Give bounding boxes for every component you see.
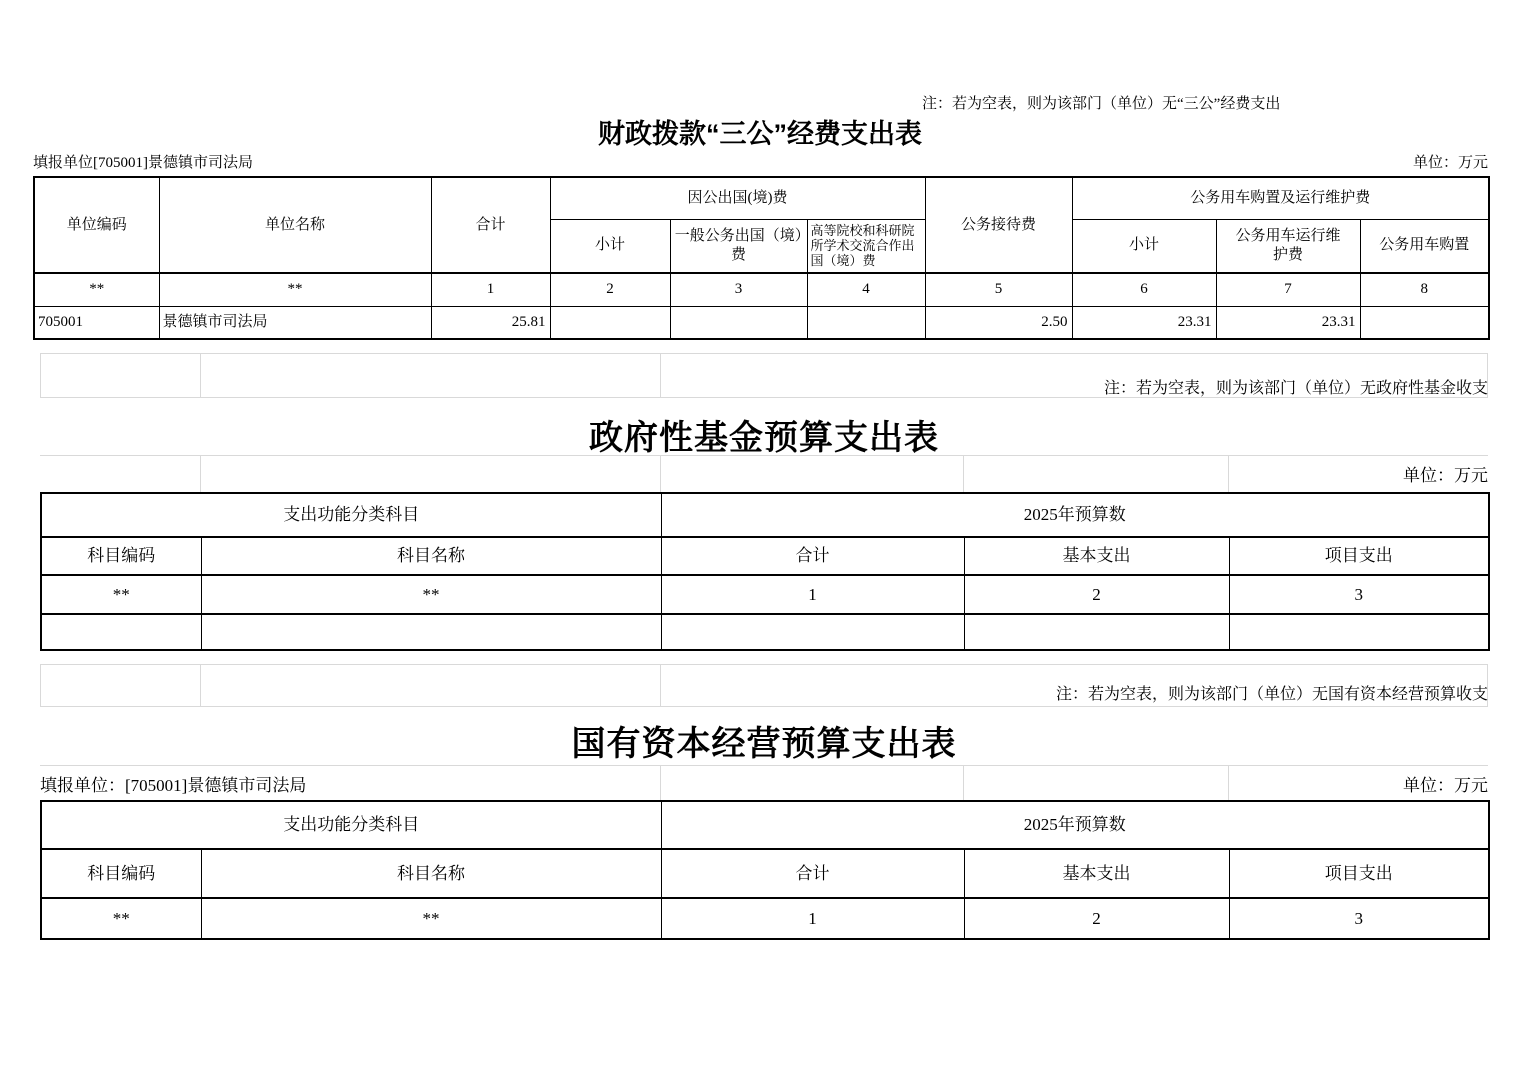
code-cell: 2 [964,898,1229,939]
cell-total: 25.81 [431,306,550,339]
header-unit-name: 单位名称 [159,177,431,273]
header-basic: 基本支出 [964,537,1229,575]
grid-line [660,353,661,398]
header-abroad-academic: 高等院校和科研院所学术交流合作出国（境）费 [807,219,925,273]
header-project: 项目支出 [1229,537,1489,575]
gov-fund-note: 注：若为空表，则为该部门（单位）无政府性基金收支 [1104,375,1488,398]
code-cell: ** [41,898,201,939]
grid-line [660,664,661,706]
state-capital-unit-label: 单位：万元 [1403,771,1488,796]
header-abroad-subtotal: 小计 [550,219,670,273]
gov-fund-unit-label: 单位：万元 [1403,461,1488,486]
header-total: 合计 [431,177,550,273]
header-reception: 公务接待费 [925,177,1072,273]
gov-fund-table: 支出功能分类科目 2025年预算数 科目编码 科目名称 合计 基本支出 项目支出… [40,492,1490,651]
code-cell: 2 [964,575,1229,614]
grid-line [963,765,964,800]
header-vehicle-maintenance: 公务用车运行维护费 [1216,219,1360,273]
code-cell: ** [41,575,201,614]
grid-line [1228,765,1229,800]
header-total: 合计 [661,849,964,898]
cell-vehicle-purchase [1360,306,1489,339]
code-cell: ** [159,273,431,306]
group-header-budget: 2025年预算数 [661,801,1489,849]
state-capital-note: 注：若为空表，则为该部门（单位）无国有资本经营预算收支 [1056,681,1488,704]
grid-line [963,455,964,492]
empty-cell [1229,614,1489,650]
header-abroad-general: 一般公务出国（境）费 [670,219,807,273]
header-project: 项目支出 [1229,849,1489,898]
group-header-function: 支出功能分类科目 [41,493,661,537]
code-cell: 1 [661,898,964,939]
empty-cell [661,614,964,650]
three-public-table: 单位编码 单位名称 合计 因公出国(境)费 公务接待费 公务用车购置及运行维护费… [33,176,1490,340]
code-cell: 8 [1360,273,1489,306]
cell-abroad-academic [807,306,925,339]
code-row: ** ** 1 2 3 4 5 6 7 8 [34,273,1489,306]
header-basic: 基本支出 [964,849,1229,898]
header-subject-code: 科目编码 [41,537,201,575]
grid-line [200,353,201,398]
cell-reception: 2.50 [925,306,1072,339]
code-cell: 1 [661,575,964,614]
three-public-unit-label: 单位：万元 [1413,151,1488,172]
three-public-filler-unit: 填报单位[705001]景德镇市司法局 [33,151,253,172]
code-cell: ** [34,273,159,306]
header-vehicle-group: 公务用车购置及运行维护费 [1072,177,1489,219]
header-vehicle-purchase: 公务用车购置 [1360,219,1489,273]
header-abroad-group: 因公出国(境)费 [550,177,925,219]
cell-abroad-general [670,306,807,339]
grid-line [660,765,661,800]
state-capital-title: 国有资本经营预算支出表 [40,716,1488,765]
cell-abroad-subtotal [550,306,670,339]
data-row: 705001 景德镇市司法局 25.81 2.50 23.31 23.31 [34,306,1489,339]
empty-cell [964,614,1229,650]
cell-unit-code: 705001 [34,306,159,339]
state-capital-table: 支出功能分类科目 2025年预算数 科目编码 科目名称 合计 基本支出 项目支出… [40,800,1490,940]
grid-line [40,353,1488,354]
header-subject-name: 科目名称 [201,849,661,898]
code-row: ** ** 1 2 3 [41,575,1489,614]
cell-vehicle-subtotal: 23.31 [1072,306,1216,339]
code-cell: 1 [431,273,550,306]
code-cell: 3 [670,273,807,306]
code-cell: 7 [1216,273,1360,306]
code-cell: 6 [1072,273,1216,306]
empty-cell [41,614,201,650]
cell-vehicle-maintenance: 23.31 [1216,306,1360,339]
header-total: 合计 [661,537,964,575]
grid-line [200,664,201,706]
code-cell: 3 [1229,898,1489,939]
empty-row [41,614,1489,650]
gov-fund-title: 政府性基金预算支出表 [40,410,1488,459]
group-header-function: 支出功能分类科目 [41,801,661,849]
three-public-title: 财政拨款“三公”经费支出表 [0,112,1520,151]
code-cell: ** [201,575,661,614]
header-subject-code: 科目编码 [41,849,201,898]
grid-line [660,455,661,492]
grid-line [40,353,41,398]
grid-line [40,765,1488,766]
header-unit-code: 单位编码 [34,177,159,273]
three-public-note: 注：若为空表，则为该部门（单位）无“三公”经费支出 [922,92,1280,113]
header-vehicle-subtotal: 小计 [1072,219,1216,273]
code-cell: 5 [925,273,1072,306]
code-cell: 4 [807,273,925,306]
code-row: ** ** 1 2 3 [41,898,1489,939]
grid-line [40,706,1488,707]
grid-line [1228,455,1229,492]
code-cell: ** [201,898,661,939]
grid-line [40,664,41,706]
grid-line [40,664,1488,665]
code-cell: 3 [1229,575,1489,614]
grid-line [200,455,201,492]
code-cell: 2 [550,273,670,306]
cell-unit-name: 景德镇市司法局 [159,306,431,339]
empty-cell [201,614,661,650]
state-capital-filler-unit: 填报单位：[705001]景德镇市司法局 [40,771,306,796]
group-header-budget: 2025年预算数 [661,493,1489,537]
header-subject-name: 科目名称 [201,537,661,575]
